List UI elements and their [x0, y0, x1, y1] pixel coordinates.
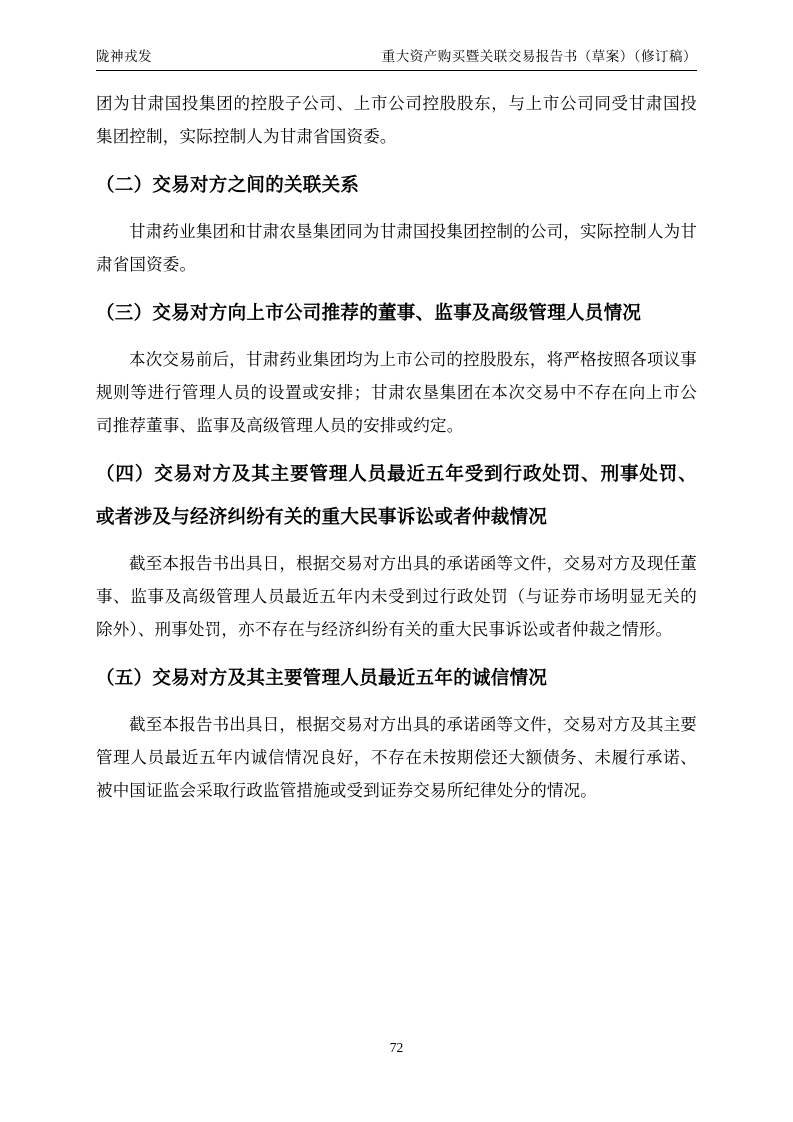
document-page: 陇神戎发 重大资产购买暨关联交易报告书（草案）（修订稿） 团为甘肃国投集团的控股… — [0, 0, 793, 1122]
page-content: 陇神戎发 重大资产购买暨关联交易报告书（草案）（修订稿） 团为甘肃国投集团的控股… — [96, 0, 697, 807]
section-heading-2: （二）交易对方之间的关联关系 — [96, 163, 697, 206]
section-heading-5: （五）交易对方及其主要管理人员最近五年的诚信情况 — [96, 656, 697, 699]
body-paragraph: 截至本报告书出具日，根据交易对方出具的承诺函等文件，交易对方及其主要管理人员最近… — [96, 708, 697, 807]
body-paragraph: 本次交易前后，甘肃药业集团均为上市公司的控股股东，将严格按照各项议事规则等进行管… — [96, 343, 697, 442]
body-paragraph: 截至本报告书出具日，根据交易对方出具的承诺函等文件，交易对方及现任董事、监事及高… — [96, 547, 697, 646]
body-paragraph-continuation: 团为甘肃国投集团的控股子公司、上市公司控股股东，与上市公司同受甘肃国投集团控制，… — [96, 87, 697, 153]
header-report-title: 重大资产购买暨关联交易报告书（草案）（修订稿） — [382, 47, 697, 67]
section-heading-3: （三）交易对方向上市公司推荐的董事、监事及高级管理人员情况 — [96, 291, 697, 334]
page-number: 72 — [390, 1040, 404, 1055]
body-paragraph: 甘肃药业集团和甘肃农垦集团同为甘肃国投集团控制的公司，实际控制人为甘肃省国资委。 — [96, 215, 697, 281]
section-heading-4: （四）交易对方及其主要管理人员最近五年受到行政处罚、刑事处罚、或者涉及与经济纠纷… — [96, 452, 697, 538]
header-company-name: 陇神戎发 — [96, 47, 152, 67]
page-footer: 72 — [0, 1038, 793, 1058]
page-header: 陇神戎发 重大资产购买暨关联交易报告书（草案）（修订稿） — [96, 0, 697, 71]
